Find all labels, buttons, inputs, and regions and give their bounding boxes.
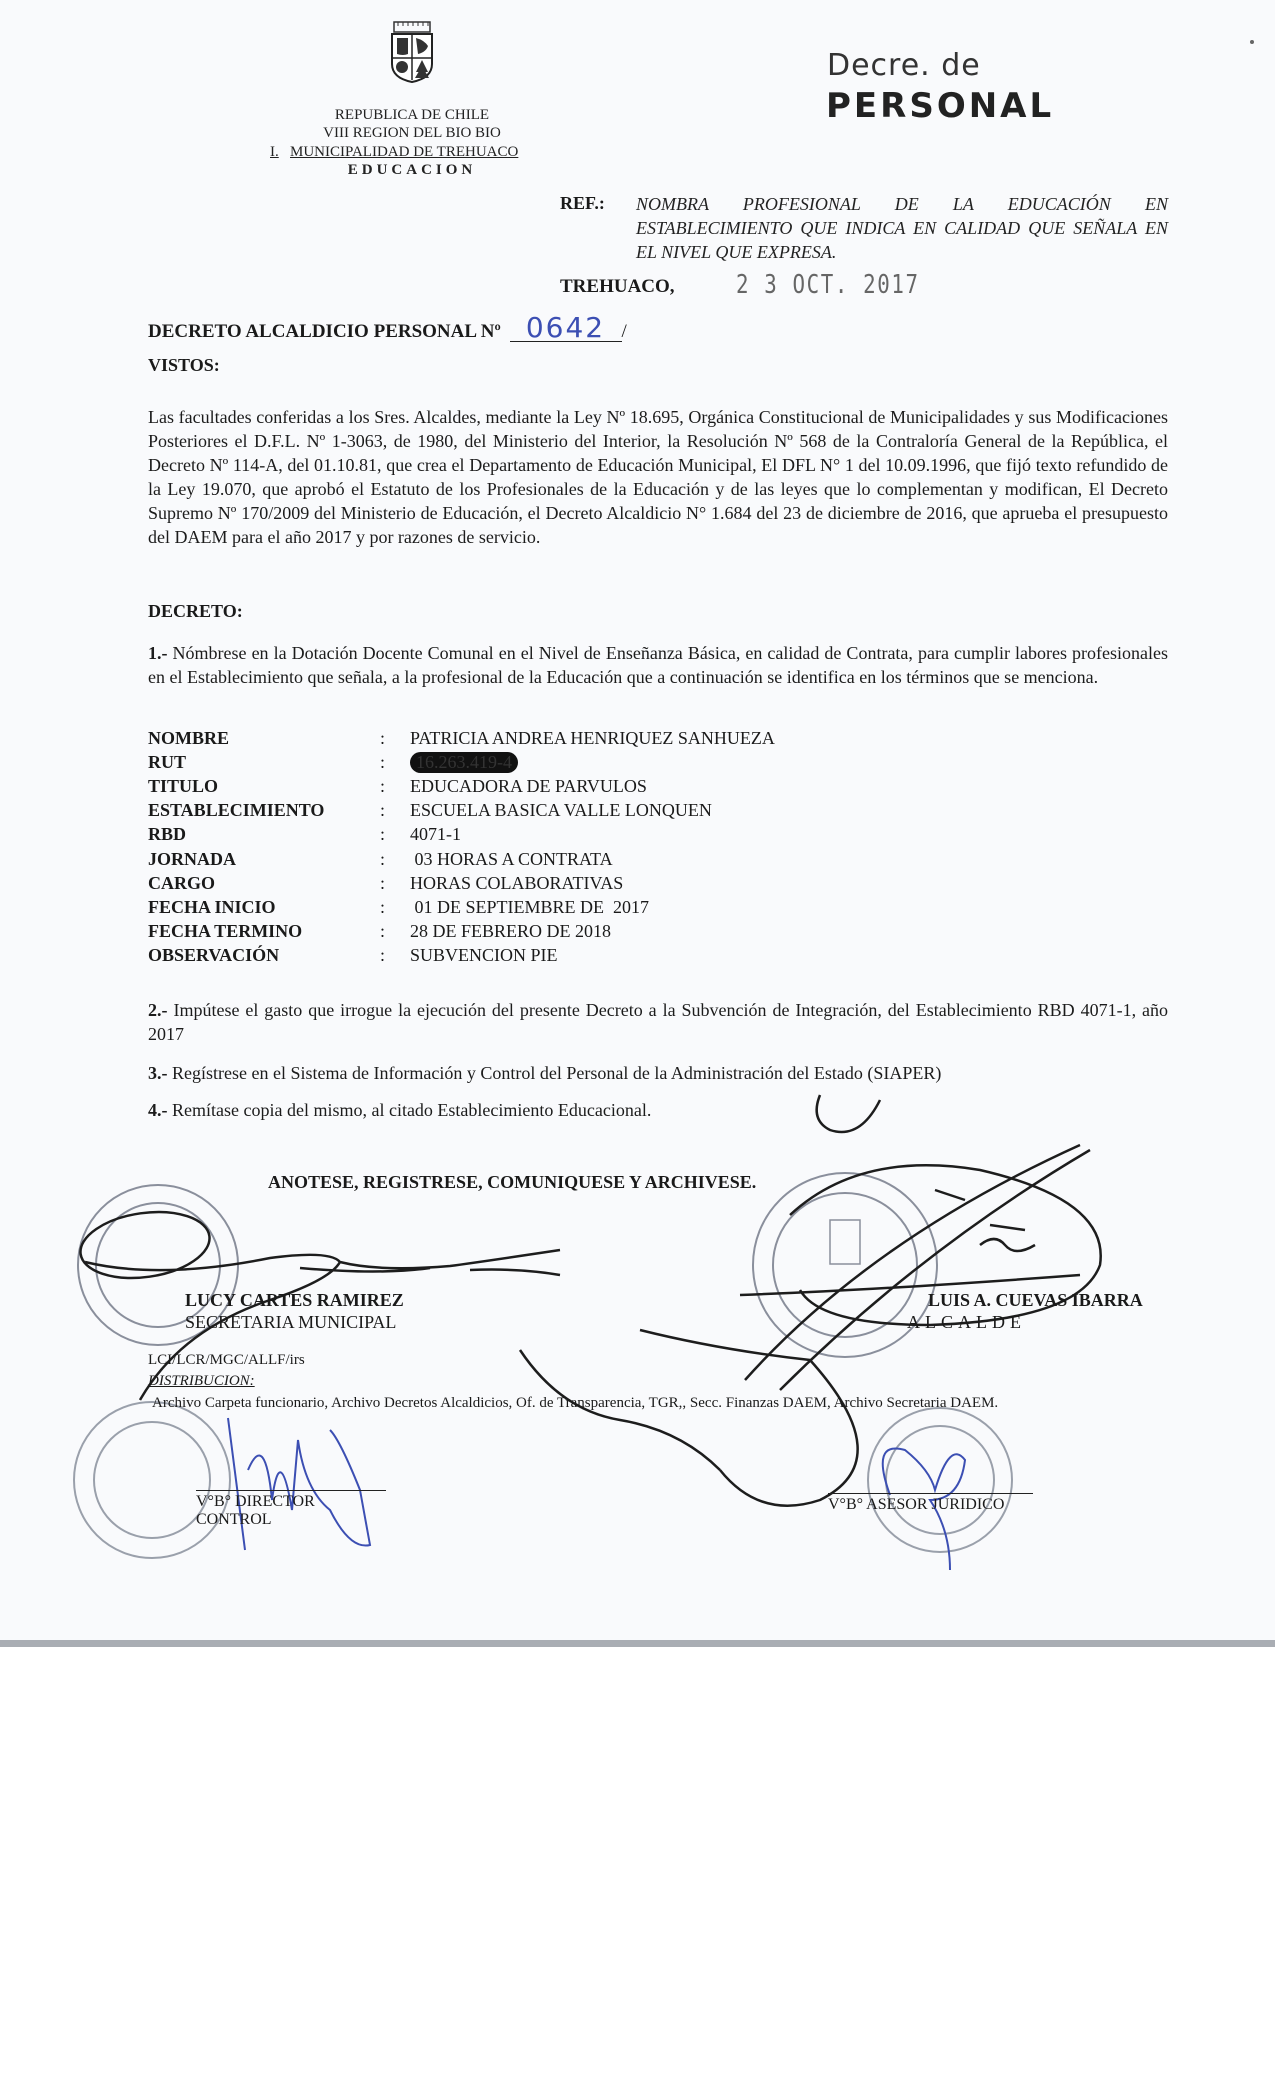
mayor-name: LUIS A. CUEVAS IBARRA <box>928 1290 1143 1311</box>
decreto-item-3: 3.- Regístrese en el Sistema de Informac… <box>148 1061 1168 1085</box>
decree-suffix: / <box>622 321 627 342</box>
municipality-prefix: I. <box>270 144 279 160</box>
coat-of-arms-icon <box>388 20 436 84</box>
place: TREHUACO, <box>560 276 675 298</box>
scan-speck <box>1250 40 1254 44</box>
item-text: Regístrese en el Sistema de Información … <box>172 1063 941 1083</box>
header-department: EDUCACION <box>262 161 562 179</box>
header-region: VIII REGION DEL BIO BIO <box>262 124 562 142</box>
stamp-decree-type: Decre. de <box>827 48 981 83</box>
item-number: 4.- <box>148 1100 168 1120</box>
approval-control: V°B° DIRECTOR CONTROL <box>196 1490 386 1529</box>
reference-text: NOMBRA PROFESIONAL DE LA EDUCACIÓN EN ES… <box>636 192 1168 264</box>
decree-title: DECRETO ALCALDICIO PERSONAL Nº <box>148 321 501 342</box>
initials: LCI/LCR/MGC/ALLF/irs <box>148 1352 305 1369</box>
decreto-item-4: 4.- Remítase copia del mismo, al citado … <box>148 1098 1168 1122</box>
appointee-details: NOMBRE:PATRICIA ANDREA HENRIQUEZ SANHUEZ… <box>148 726 775 968</box>
field-row: NOMBRE:PATRICIA ANDREA HENRIQUEZ SANHUEZ… <box>148 726 775 750</box>
field-row: ESTABLECIMIENTO:ESCUELA BASICA VALLE LON… <box>148 799 775 823</box>
decreto-item-1: 1.- Nómbrese en la Dotación Docente Comu… <box>148 641 1168 689</box>
item-number: 2.- <box>148 1000 168 1020</box>
redacted-rut: 16.263.419-4 <box>410 752 518 773</box>
decree-number-line: DECRETO ALCALDICIO PERSONAL Nº 0642/ <box>148 315 627 343</box>
mayor-role: ALCALDE <box>907 1312 1026 1333</box>
item-text: Remítase copia del mismo, al citado Esta… <box>172 1100 651 1120</box>
field-row: RUT:16.263.419-4 <box>148 750 775 774</box>
field-row: FECHA TERMINO:28 DE FEBRERO DE 2018 <box>148 920 775 944</box>
decreto-heading: DECRETO: <box>148 601 243 622</box>
approval-legal: V°B° ASESOR JURIDICO <box>828 1493 1033 1514</box>
secretary-role: SECRETARIA MUNICIPAL <box>185 1312 396 1333</box>
field-row: TITULO:EDUCADORA DE PARVULOS <box>148 774 775 798</box>
field-row: RBD:4071-1 <box>148 823 775 847</box>
field-row: FECHA INICIO: 01 DE SEPTIEMBRE DE 2017 <box>148 895 775 919</box>
header-municipality: I. MUNICIPALIDAD DE TREHUACO <box>270 143 570 161</box>
item-text: Nómbrese en la Dotación Docente Comunal … <box>148 643 1168 687</box>
closing-formula: ANOTESE, REGISTRESE, COMUNIQUESE Y ARCHI… <box>268 1172 756 1193</box>
scan-edge <box>0 1640 1275 1647</box>
municipality-name: MUNICIPALIDAD DE TREHUACO <box>290 144 518 160</box>
item-number: 1.- <box>148 643 168 663</box>
decreto-item-2: 2.- Impútese el gasto que irrogue la eje… <box>148 998 1168 1046</box>
date-stamp: 2 3 OCT. 2017 <box>736 270 920 300</box>
reference-label: REF.: <box>560 193 605 214</box>
secretary-name: LUCY CARTES RAMIREZ <box>185 1290 404 1311</box>
stamp-personal: PERSONAL <box>826 86 1054 126</box>
item-text: Impútese el gasto que irrogue la ejecuci… <box>148 1000 1168 1044</box>
field-row: JORNADA: 03 HORAS A CONTRATA <box>148 847 775 871</box>
distribution-title: DISTRIBUCION: <box>148 1373 255 1390</box>
field-row: OBSERVACIÓN:SUBVENCION PIE <box>148 944 775 968</box>
item-number: 3.- <box>148 1063 168 1083</box>
header-country: REPUBLICA DE CHILE <box>262 106 562 124</box>
vistos-text: Las facultades conferidas a los Sres. Al… <box>148 405 1168 549</box>
field-row: CARGO:HORAS COLABORATIVAS <box>148 871 775 895</box>
decree-number-handwritten: 0642 <box>510 315 622 342</box>
vistos-heading: VISTOS: <box>148 355 220 376</box>
distribution-list: Archivo Carpeta funcionario, Archivo Dec… <box>152 1395 998 1412</box>
